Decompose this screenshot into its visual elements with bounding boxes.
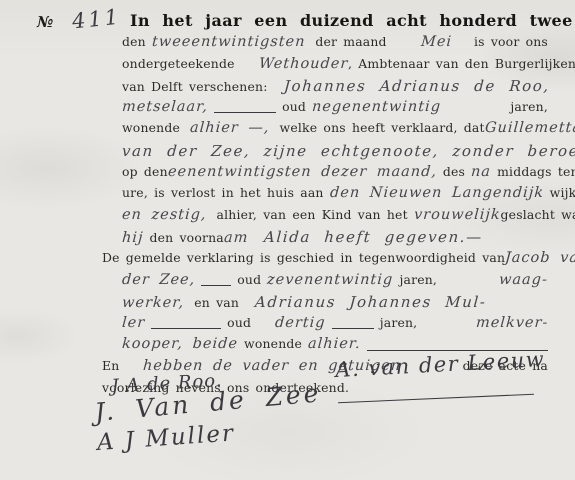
- printed-text: ondergeteekende: [122, 56, 235, 71]
- printed-text: geslacht waaraan: [501, 207, 575, 222]
- handwritten-birth-date: eenentwintigsten dezer maand,: [167, 164, 437, 180]
- handwritten-child-name: Alida heeft gegeven.—: [264, 228, 484, 246]
- ink-rule: [201, 285, 231, 286]
- handwritten-text: na: [471, 164, 492, 180]
- document-line: wonende alhier —, welke ons heeft verkla…: [102, 120, 548, 142]
- handwritten-witness2-age: dertig: [275, 315, 327, 331]
- printed-text: den voorna: [149, 230, 223, 245]
- handwritten-mother-name-cont: van der Zee, zijne echtgenoote, zonder b…: [121, 142, 575, 160]
- printed-text: oud: [282, 99, 306, 114]
- ink-rule: [151, 328, 221, 329]
- printed-text: wonende: [244, 336, 302, 351]
- handwritten-text: hij: [121, 230, 144, 246]
- document-line: ler oud dertig jaren, melkver-: [102, 315, 548, 337]
- document-line: en zestig, alhier, van een Kind van het …: [102, 207, 548, 229]
- signature-witness2: A J Muller: [96, 420, 236, 456]
- document-line: op den eenentwintigsten dezer maand, des…: [102, 164, 548, 186]
- printed-text: middags ten: [497, 164, 575, 179]
- handwritten-witness2-occupation: melkver-: [475, 315, 548, 331]
- handwritten-father-name: Johannes Adrianus de Roo,: [283, 77, 550, 95]
- document-line: van Delft verschenen: Johannes Adrianus …: [102, 77, 548, 99]
- document-line: hij den voorna am Alida heeft gegeven.—: [102, 228, 548, 250]
- printed-text: is voor ons: [474, 34, 548, 49]
- printed-text: den: [122, 34, 146, 49]
- handwritten-witness2-occupation-cont: kooper, beide: [121, 336, 238, 352]
- handwritten-residence: alhier.: [308, 336, 362, 352]
- document-line: ure, is verlost in het huis aan den Nieu…: [102, 185, 548, 207]
- handwritten-witness1-name: Jacob van: [505, 250, 575, 266]
- printed-text: en van: [194, 295, 239, 310]
- document-line: werker, en van Adrianus Johannes Mul-: [102, 293, 548, 315]
- document-line: ondergeteekende Wethouder , Ambtenaar va…: [102, 56, 548, 78]
- printed-text: ure, is verlost in het huis aan: [122, 185, 324, 200]
- printed-text: wonende: [122, 120, 180, 135]
- handwritten-age: negenentwintig: [311, 99, 441, 115]
- document-line: De gemelde verklaring is geschied in teg…: [102, 250, 548, 272]
- handwritten-date-day: tweeentwintigsten: [151, 34, 306, 50]
- record-number-value: 411: [71, 4, 122, 33]
- printed-text: , Ambtenaar van den Burgerlijken Stand: [348, 56, 575, 71]
- handwritten-residence: alhier —,: [189, 120, 270, 136]
- handwritten-gender: vrouwelijk: [413, 207, 501, 223]
- printed-text: jaren,: [399, 272, 437, 287]
- document-header: № 411 In het jaar een duizend acht honde…: [0, 8, 575, 36]
- handwritten-month: Mei: [420, 34, 452, 50]
- handwritten-street: den Nieuwen Langendijk: [329, 185, 544, 201]
- handwritten-witness2-name-cont: ler: [121, 315, 145, 331]
- handwritten-witness1-occupation: waag-: [499, 272, 549, 288]
- document-line: van der Zee, zijne echtgenoote, zonder b…: [102, 142, 548, 164]
- document-body: den tweeentwintigsten der maand Mei is v…: [102, 34, 548, 401]
- document-line: metselaar, oud negenentwintig jaren,: [102, 99, 548, 121]
- printed-text: oud: [237, 272, 261, 287]
- handwritten-witness2-name: Adrianus Johannes Mul-: [254, 293, 487, 311]
- handwritten-witness1-occupation-cont: werker,: [121, 295, 184, 311]
- handwritten-occupation: metselaar,: [121, 99, 208, 115]
- document-title-line: In het jaar een duizend acht honderd twe…: [130, 11, 575, 30]
- handwritten-house-number-cont: en zestig,: [121, 207, 207, 223]
- printed-text: des: [443, 164, 465, 179]
- printed-text: op den: [122, 164, 168, 179]
- record-number-label: №: [37, 13, 54, 31]
- printed-text: oud: [227, 315, 251, 330]
- ink-rule: [332, 328, 374, 329]
- handwritten-witness1-name-cont: der Zee,: [121, 272, 195, 288]
- printed-text: van Delft verschenen:: [122, 79, 268, 94]
- printed-text: De gemelde verklaring is geschied in teg…: [102, 250, 505, 265]
- handwritten-witness1-age: zevenentwintig: [267, 272, 394, 288]
- printed-text: alhier, van een Kind van het: [217, 207, 408, 222]
- document-line: der Zee, oud zevenentwintig jaren, waag-: [102, 272, 548, 294]
- printed-text: jaren,: [380, 315, 418, 330]
- printed-text: der maand: [315, 34, 386, 49]
- document-line: den tweeentwintigsten der maand Mei is v…: [102, 34, 548, 56]
- printed-text: wijk: [550, 185, 575, 200]
- handwritten-text: am: [223, 230, 249, 246]
- handwritten-official-title: Wethouder: [258, 56, 348, 72]
- printed-text: En: [102, 358, 119, 373]
- ink-rule: [214, 112, 276, 113]
- printed-text: jaren,: [510, 99, 548, 114]
- handwritten-mother-name: Guillemetta: [484, 120, 575, 136]
- printed-text: welke ons heeft verklaard, dat: [280, 120, 485, 135]
